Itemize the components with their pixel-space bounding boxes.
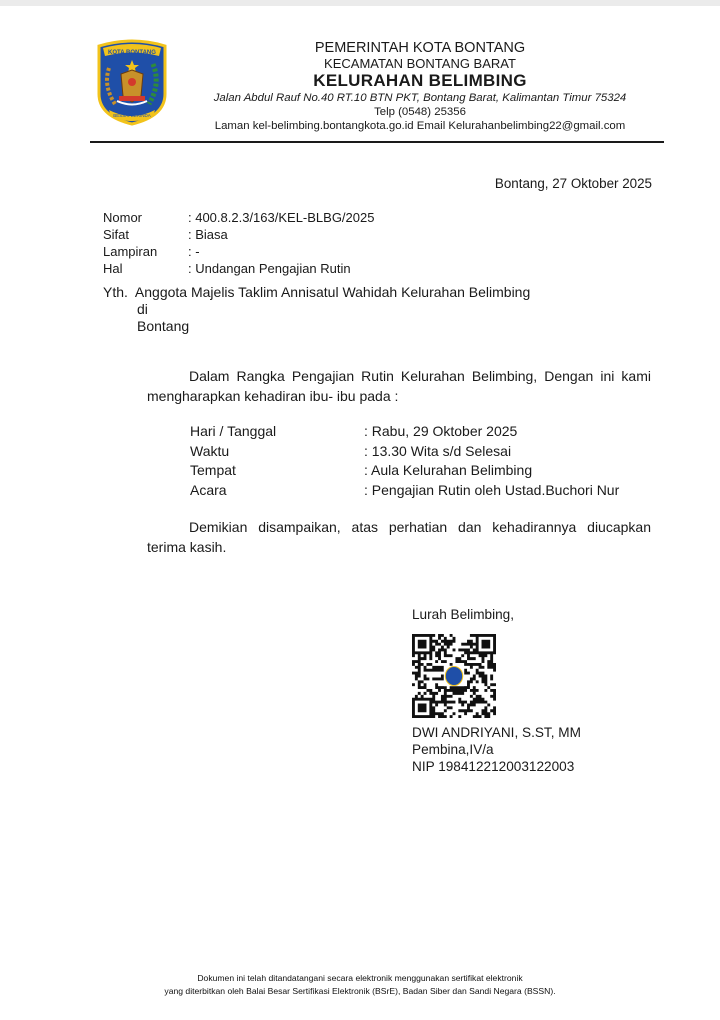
- meta-value: : Undangan Pengajian Rutin: [188, 261, 351, 276]
- letterhead: PEMERINTAH KOTA BONTANG KECAMATAN BONTAN…: [190, 40, 650, 134]
- recipient-block: Yth. Anggota Majelis Taklim Annisatul Wa…: [103, 284, 530, 335]
- letter-meta: Nomor: 400.8.2.3/163/KEL-BLBG/2025 Sifat…: [103, 209, 374, 277]
- detail-label: Tempat: [190, 461, 364, 481]
- signatory-name: DWI ANDRIYANI, S.ST, MM: [412, 724, 581, 741]
- office-web-email: Laman kel-belimbing.bontangkota.go.id Em…: [190, 119, 650, 134]
- event-details: Hari / Tanggal: Rabu, 29 Oktober 2025 Wa…: [190, 422, 619, 500]
- closing-text: Demikian disampaikan, atas perhatian dan…: [147, 517, 651, 557]
- detail-row-time: Waktu: 13.30 Wita s/d Selesai: [190, 442, 619, 462]
- government-name: PEMERINTAH KOTA BONTANG: [190, 40, 650, 56]
- meta-label: Hal: [103, 260, 188, 277]
- qr-code-icon: [412, 634, 496, 718]
- svg-text:KOTA BONTANG: KOTA BONTANG: [108, 50, 156, 56]
- meta-row-lampiran: Lampiran: -: [103, 243, 374, 260]
- detail-label: Waktu: [190, 442, 364, 462]
- top-strip: [0, 0, 720, 6]
- notice-line-2: yang diterbitkan oleh Balai Besar Sertif…: [120, 985, 600, 998]
- closing-paragraph: Demikian disampaikan, atas perhatian dan…: [147, 517, 651, 557]
- e-signature-notice: Dokumen ini telah ditandatangani secara …: [120, 972, 600, 998]
- signatory-rank: Pembina,IV/a: [412, 741, 581, 758]
- district-name: KECAMATAN BONTANG BARAT: [190, 56, 650, 71]
- city-emblem-icon: KOTA BONTANG BESSAI BERINDA: [95, 38, 169, 126]
- detail-label: Hari / Tanggal: [190, 422, 364, 442]
- office-address: Jalan Abdul Rauf No.40 RT.10 BTN PKT, Bo…: [190, 91, 650, 105]
- office-name: KELURAHAN BELIMBING: [190, 71, 650, 91]
- detail-row-place: Tempat: Aula Kelurahan Belimbing: [190, 461, 619, 481]
- letter-date: Bontang, 27 Oktober 2025: [495, 176, 652, 191]
- office-phone: Telp (0548) 25356: [190, 105, 650, 119]
- detail-row-event: Acara: Pengajian Rutin oleh Ustad.Buchor…: [190, 481, 619, 501]
- meta-row-sifat: Sifat: Biasa: [103, 226, 374, 243]
- detail-value: : 13.30 Wita s/d Selesai: [364, 443, 511, 459]
- recipient-prefix: Yth.: [103, 284, 128, 300]
- meta-row-nomor: Nomor: 400.8.2.3/163/KEL-BLBG/2025: [103, 209, 374, 226]
- detail-label: Acara: [190, 481, 364, 501]
- recipient-place: Bontang: [137, 318, 530, 335]
- detail-row-date: Hari / Tanggal: Rabu, 29 Oktober 2025: [190, 422, 619, 442]
- signatory-nip: NIP 198412212003122003: [412, 758, 581, 775]
- opening-paragraph: Dalam Rangka Pengajian Rutin Kelurahan B…: [147, 366, 651, 406]
- notice-line-1: Dokumen ini telah ditandatangani secara …: [120, 972, 600, 985]
- detail-value: : Rabu, 29 Oktober 2025: [364, 423, 517, 439]
- svg-text:BESSAI BERINDA: BESSAI BERINDA: [113, 113, 151, 118]
- recipient-di: di: [137, 301, 530, 318]
- signatory-title: Lurah Belimbing,: [412, 606, 514, 623]
- meta-value: : Biasa: [188, 227, 228, 242]
- signatory-block: DWI ANDRIYANI, S.ST, MM Pembina,IV/a NIP…: [412, 724, 581, 775]
- detail-value: : Pengajian Rutin oleh Ustad.Buchori Nur: [364, 482, 619, 498]
- meta-value: : -: [188, 244, 200, 259]
- meta-label: Nomor: [103, 209, 188, 226]
- letterhead-divider: [90, 141, 664, 143]
- meta-label: Sifat: [103, 226, 188, 243]
- recipient-name: Anggota Majelis Taklim Annisatul Wahidah…: [135, 284, 530, 300]
- opening-text: Dalam Rangka Pengajian Rutin Kelurahan B…: [147, 366, 651, 406]
- detail-value: : Aula Kelurahan Belimbing: [364, 462, 532, 478]
- meta-label: Lampiran: [103, 243, 188, 260]
- meta-row-hal: Hal: Undangan Pengajian Rutin: [103, 260, 374, 277]
- meta-value: : 400.8.2.3/163/KEL-BLBG/2025: [188, 210, 374, 225]
